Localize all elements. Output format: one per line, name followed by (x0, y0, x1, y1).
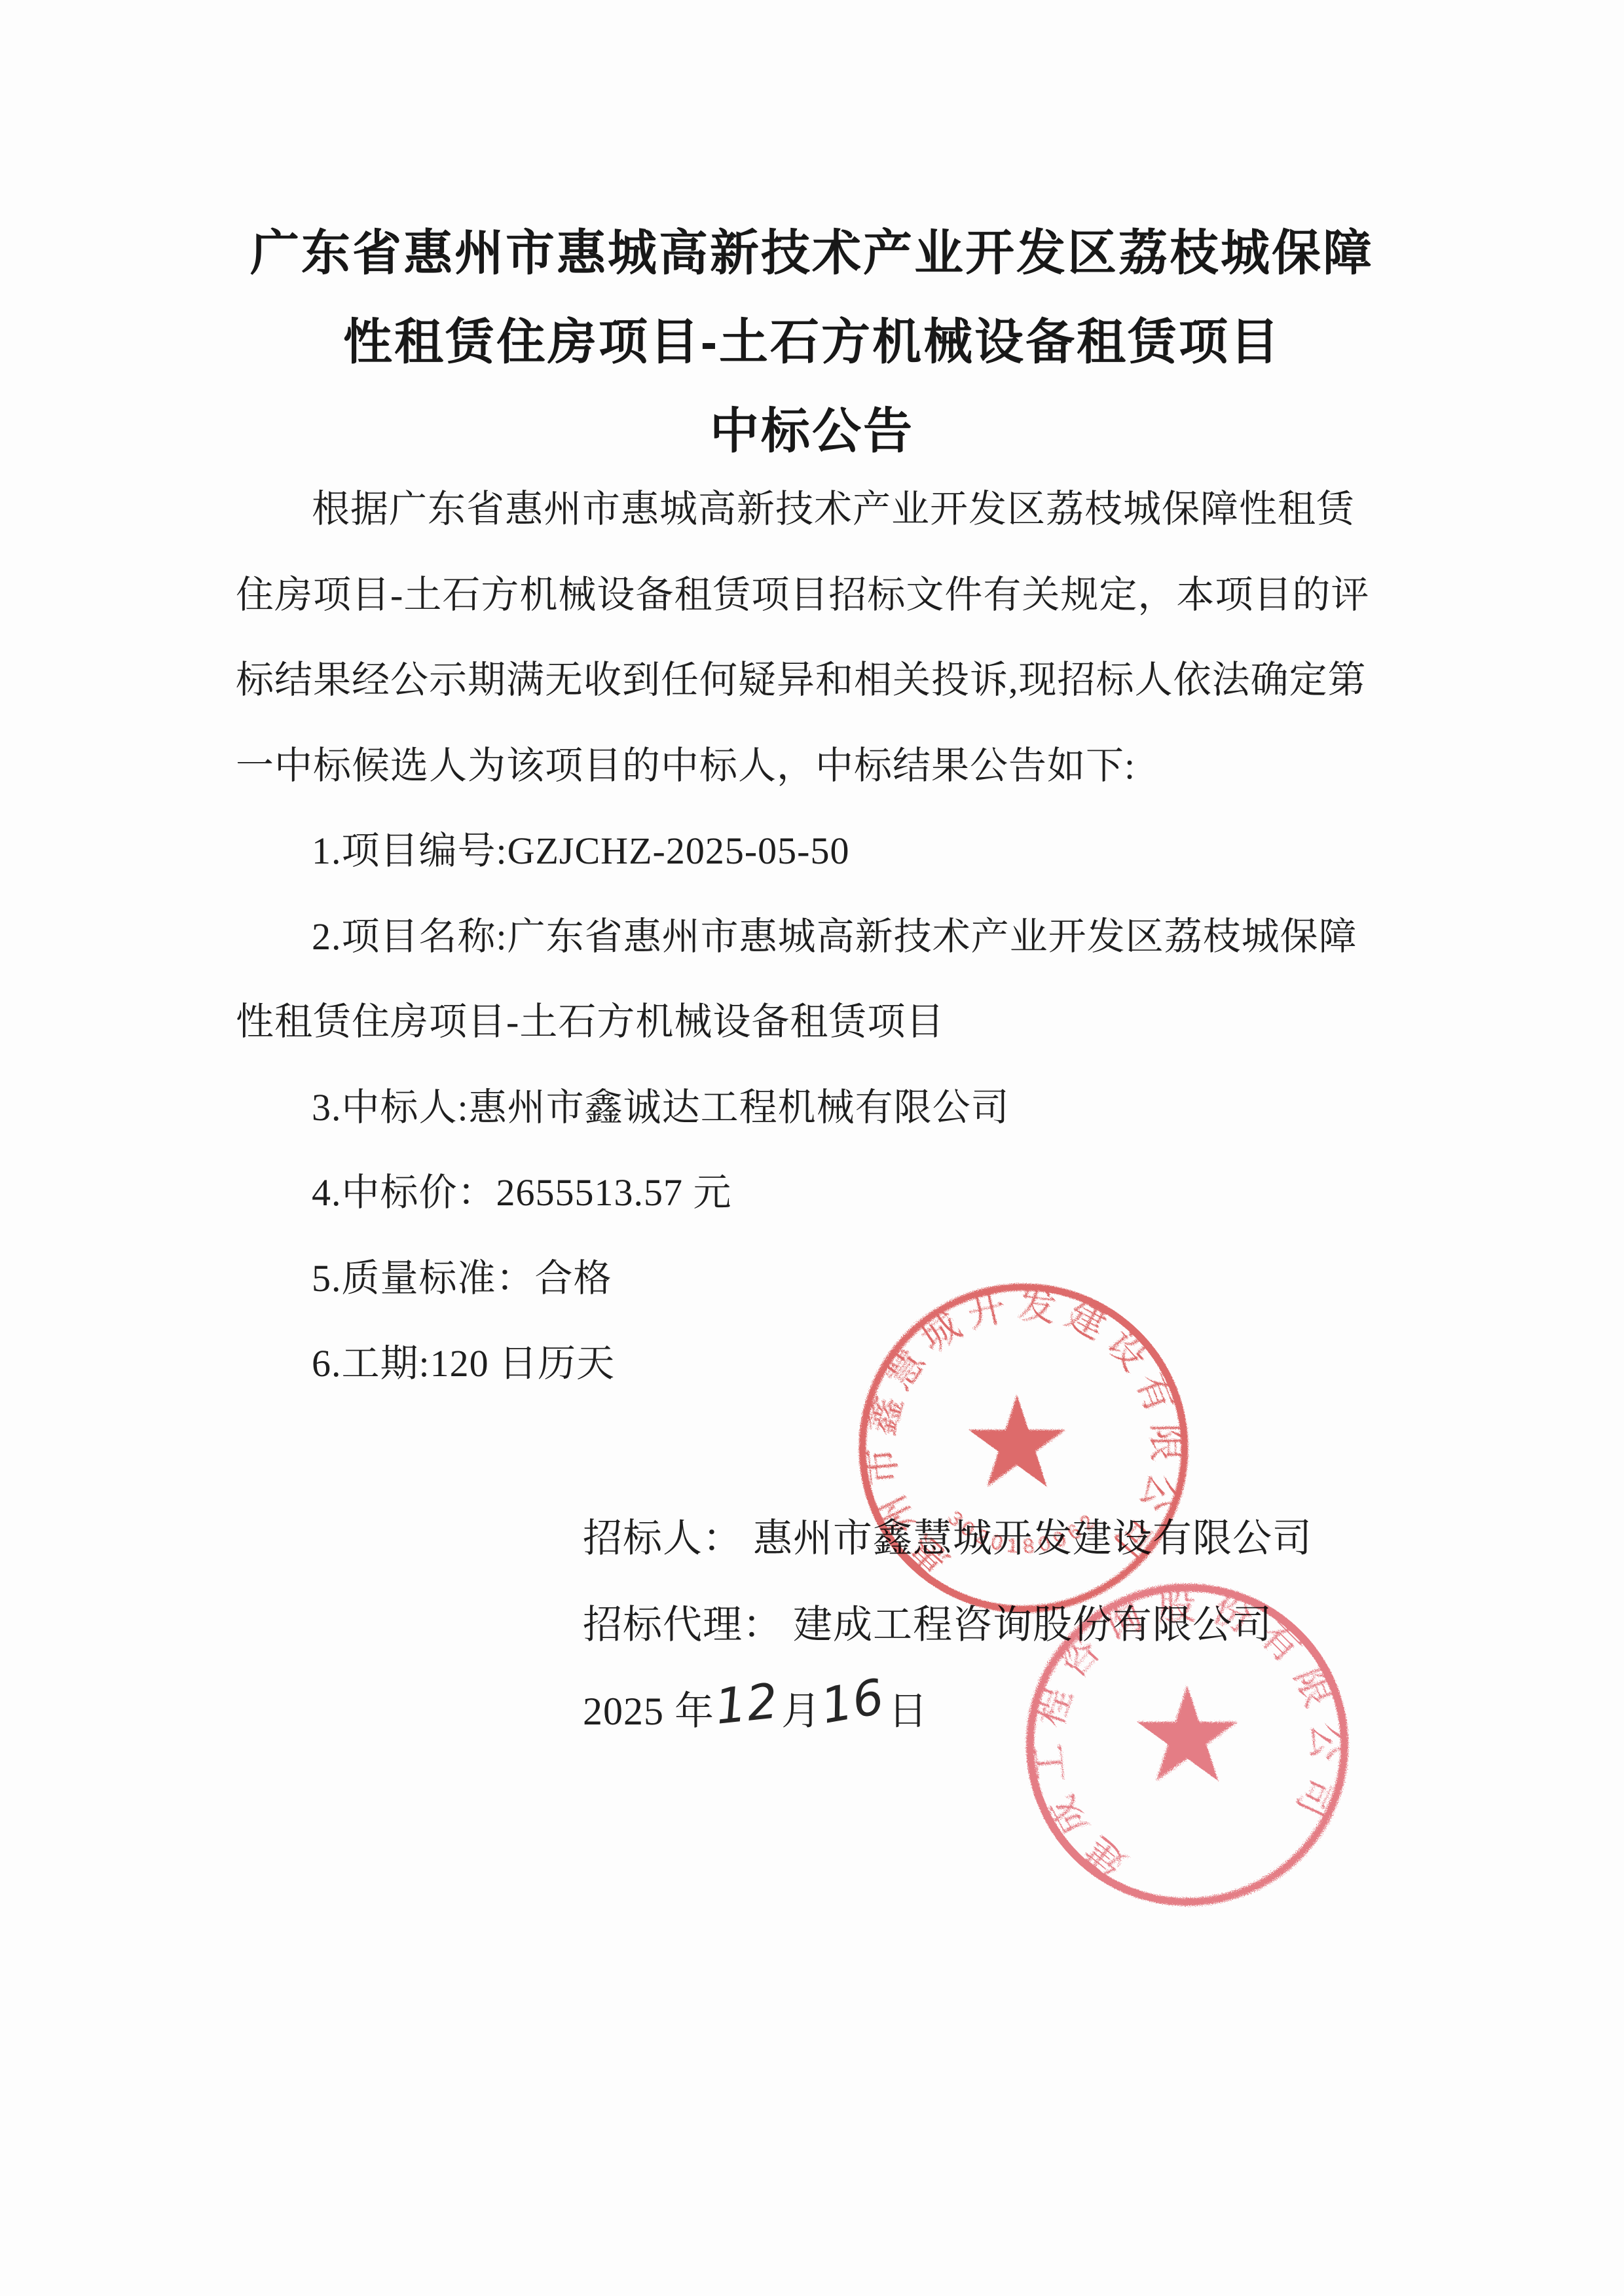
paragraph-line: 根据广东省惠州市惠城高新技术产业开发区荔枝城保障性租赁 (236, 467, 1392, 553)
list-item-price: 4.中标价：2655513.57 元 (236, 1150, 1392, 1236)
signature-block: 招标人： 惠州市鑫慧城开发建设有限公司 招标代理： 建成工程咨询股份有限公司 2… (583, 1495, 1312, 1755)
date-day-handwritten: 16 (819, 1677, 887, 1726)
agent-line: 招标代理： 建成工程咨询股份有限公司 (583, 1582, 1312, 1668)
document-body: 根据广东省惠州市惠城高新技术产业开发区荔枝城保障性租赁 住房项目-土石方机械设备… (236, 467, 1392, 1407)
document-page: 广东省惠州市惠城高新技术产业开发区荔枝城保障 性租赁住房项目-土石方机械设备租赁… (0, 0, 1624, 2296)
bidder-line: 招标人： 惠州市鑫慧城开发建设有限公司 (583, 1495, 1312, 1582)
date-month-label: 月 (781, 1690, 821, 1733)
list-item-project-number: 1.项目编号:GZJCHZ-2025-05-50 (236, 809, 1392, 894)
paragraph-line: 一中标候选人为该项目的中标人，中标结果公告如下: (236, 723, 1392, 809)
list-item-project-name-cont: 性租赁住房项目-土石方机械设备租赁项目 (236, 979, 1392, 1065)
list-item-winner: 3.中标人:惠州市鑫诚达工程机械有限公司 (236, 1065, 1392, 1151)
list-item-quality: 5.质量标准：合格 (236, 1236, 1392, 1322)
document-title: 广东省惠州市惠城高新技术产业开发区荔枝城保障 性租赁住房项目-土石方机械设备租赁… (0, 208, 1624, 475)
date-day-label: 日 (888, 1690, 928, 1733)
date-month-handwritten: 12 (714, 1681, 781, 1727)
date-year: 2025 年 (583, 1690, 714, 1733)
list-item-duration: 6.工期:120 日历天 (236, 1321, 1392, 1407)
list-item-project-name: 2.项目名称:广东省惠州市惠城高新技术产业开发区荔枝城保障 (236, 894, 1392, 980)
paragraph-line: 住房项目-土石方机械设备租赁项目招标文件有关规定，本项目的评 (236, 553, 1392, 638)
title-line-3: 中标公告 (0, 386, 1624, 475)
seal-star-icon (969, 1394, 1065, 1487)
date-line: 2025 年12月16日 (583, 1668, 1312, 1755)
title-line-1: 广东省惠州市惠城高新技术产业开发区荔枝城保障 (0, 208, 1624, 297)
title-line-2: 性租赁住房项目-土石方机械设备租赁项目 (0, 297, 1624, 386)
paragraph-line: 标结果经公示期满无收到任何疑异和相关投诉,现招标人依法确定第 (236, 638, 1392, 723)
